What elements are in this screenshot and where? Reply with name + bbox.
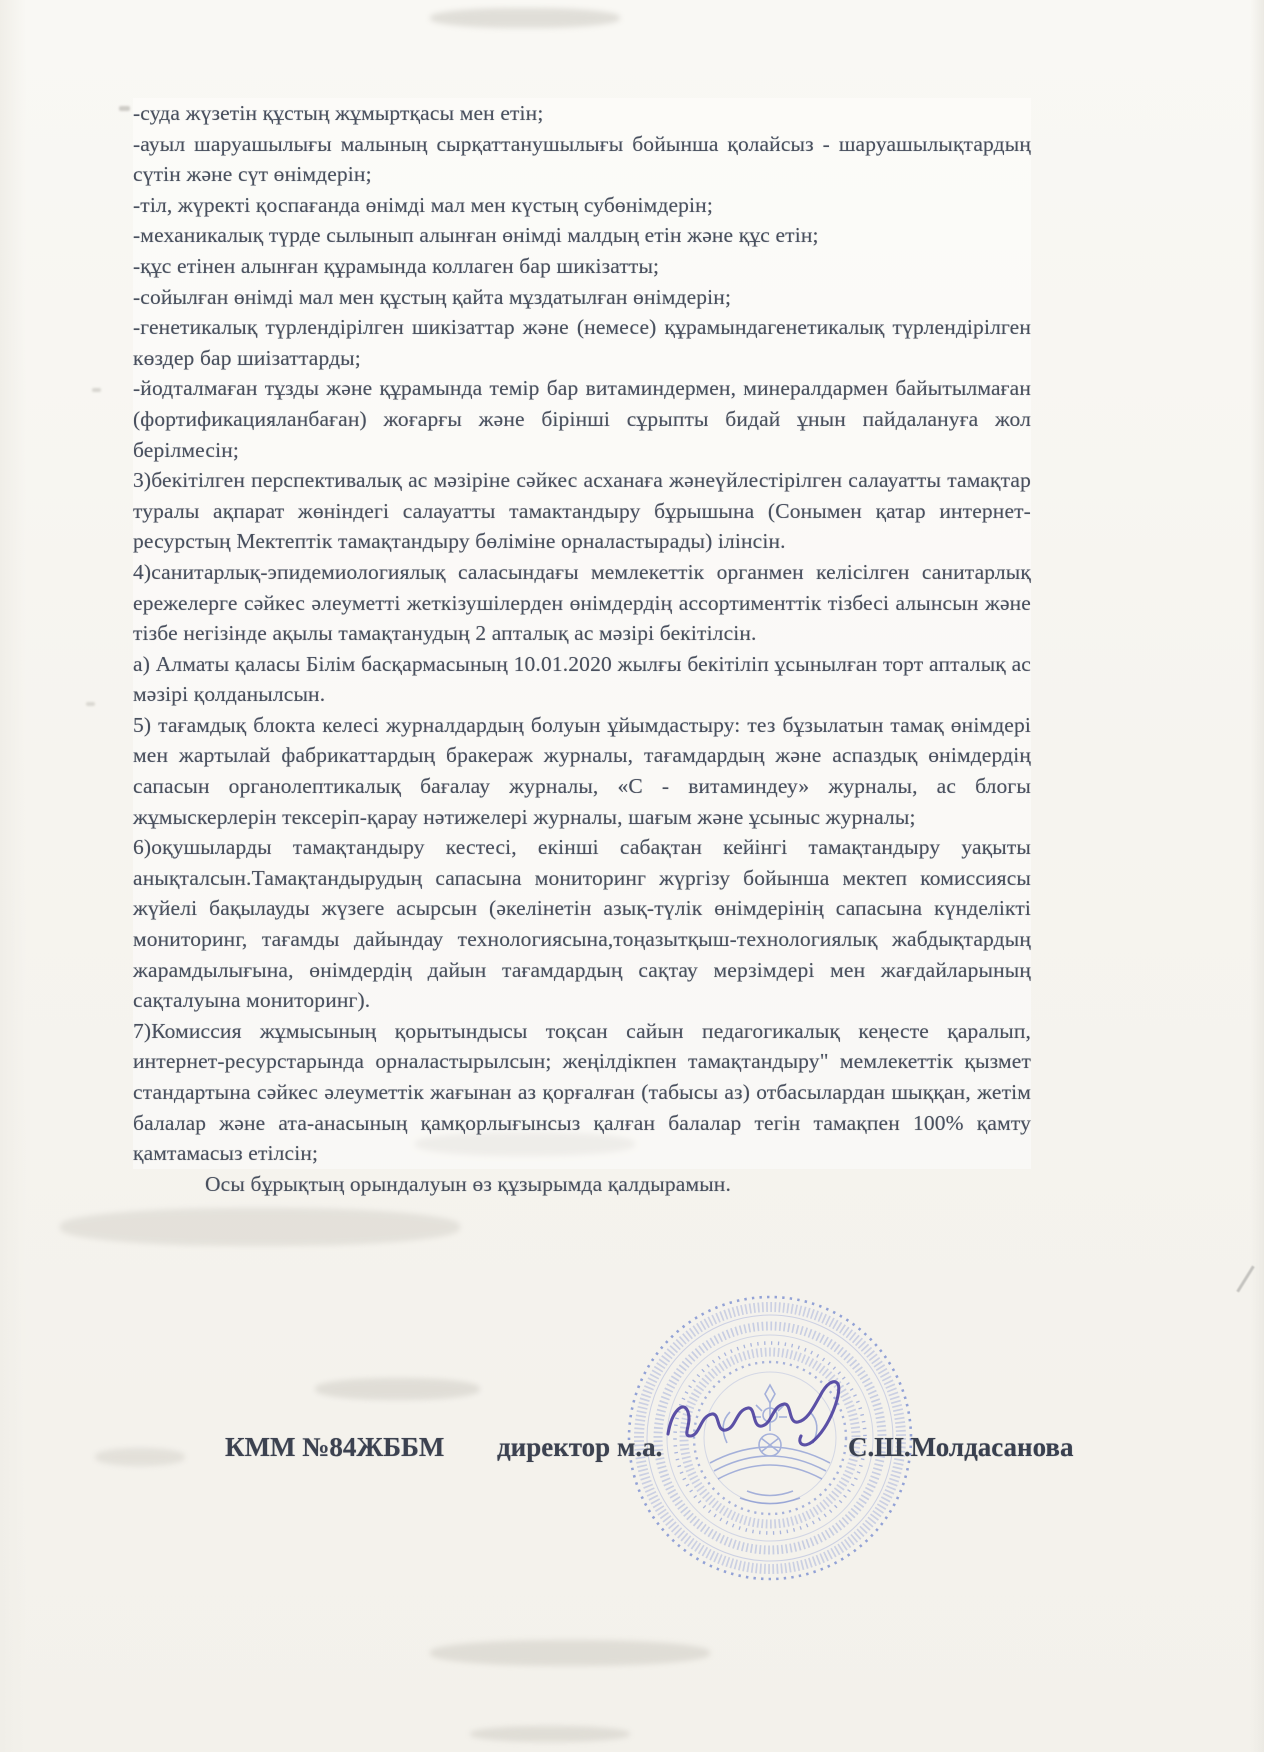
body-paragraph: -сойылған өнімді мал мен құстың қайта мұ…	[133, 282, 1031, 313]
body-paragraph: -механикалық түрде сылынып алынған өнімд…	[133, 220, 1031, 251]
body-paragraph: а) Алматы қаласы Білім басқармасының 10.…	[133, 649, 1031, 710]
scanned-page: -суда жүзетін құстың жұмыртқасы мен етін…	[0, 0, 1264, 1752]
body-paragraph: 5) тағамдық блокта келесі журналдардың б…	[133, 710, 1031, 832]
scan-smudge	[315, 1378, 480, 1400]
scan-mark	[119, 106, 130, 111]
paragraph-list: -суда жүзетін құстың жұмыртқасы мен етін…	[133, 98, 1031, 1169]
body-paragraph: 3)бекітілген перспективалық ас мәзіріне …	[133, 465, 1031, 557]
body-paragraph: 4)санитарлық-эпидемиологиялық саласындағ…	[133, 557, 1031, 649]
scan-edge-mark	[1236, 1265, 1254, 1292]
scan-smudge	[60, 1208, 460, 1246]
position-label: директор м.а.	[497, 1432, 662, 1463]
body-paragraph: -ауыл шаруашылығы малының сырқаттанушылы…	[133, 129, 1031, 190]
body-paragraph: -йодталмаған тұзды және құрамында темір …	[133, 373, 1031, 465]
body-paragraph: -құс етінен алынған құрамында коллаген б…	[133, 251, 1031, 282]
org-label: КММ №84ЖББМ	[225, 1432, 444, 1463]
document-body: -суда жүзетін құстың жұмыртқасы мен етін…	[133, 98, 1031, 1199]
scan-smudge	[430, 8, 620, 28]
body-paragraph: -тіл, жүректі қоспағанда өнімді мал мен …	[133, 190, 1031, 221]
body-paragraph: 7)Комиссия жұмысының қорытындысы тоқсан …	[133, 1016, 1031, 1169]
scan-smudge	[95, 1448, 185, 1466]
handwritten-signature-icon	[660, 1376, 865, 1466]
body-paragraph: -суда жүзетін құстың жұмыртқасы мен етін…	[133, 98, 1031, 129]
body-paragraph: -генетикалық түрлендірілген шикізаттар ж…	[133, 312, 1031, 373]
scan-smudge	[430, 1640, 710, 1666]
signer-name: С.Ш.Молдасанова	[848, 1432, 1074, 1463]
body-paragraph: 6)оқушыларды тамақтандыру кестесі, екінш…	[133, 832, 1031, 1016]
closing-line: Осы бұрықтың орындалуын өз құзырымда қал…	[133, 1169, 1031, 1200]
scan-mark	[86, 702, 95, 706]
scan-mark	[92, 388, 101, 392]
scan-smudge	[470, 1726, 630, 1742]
